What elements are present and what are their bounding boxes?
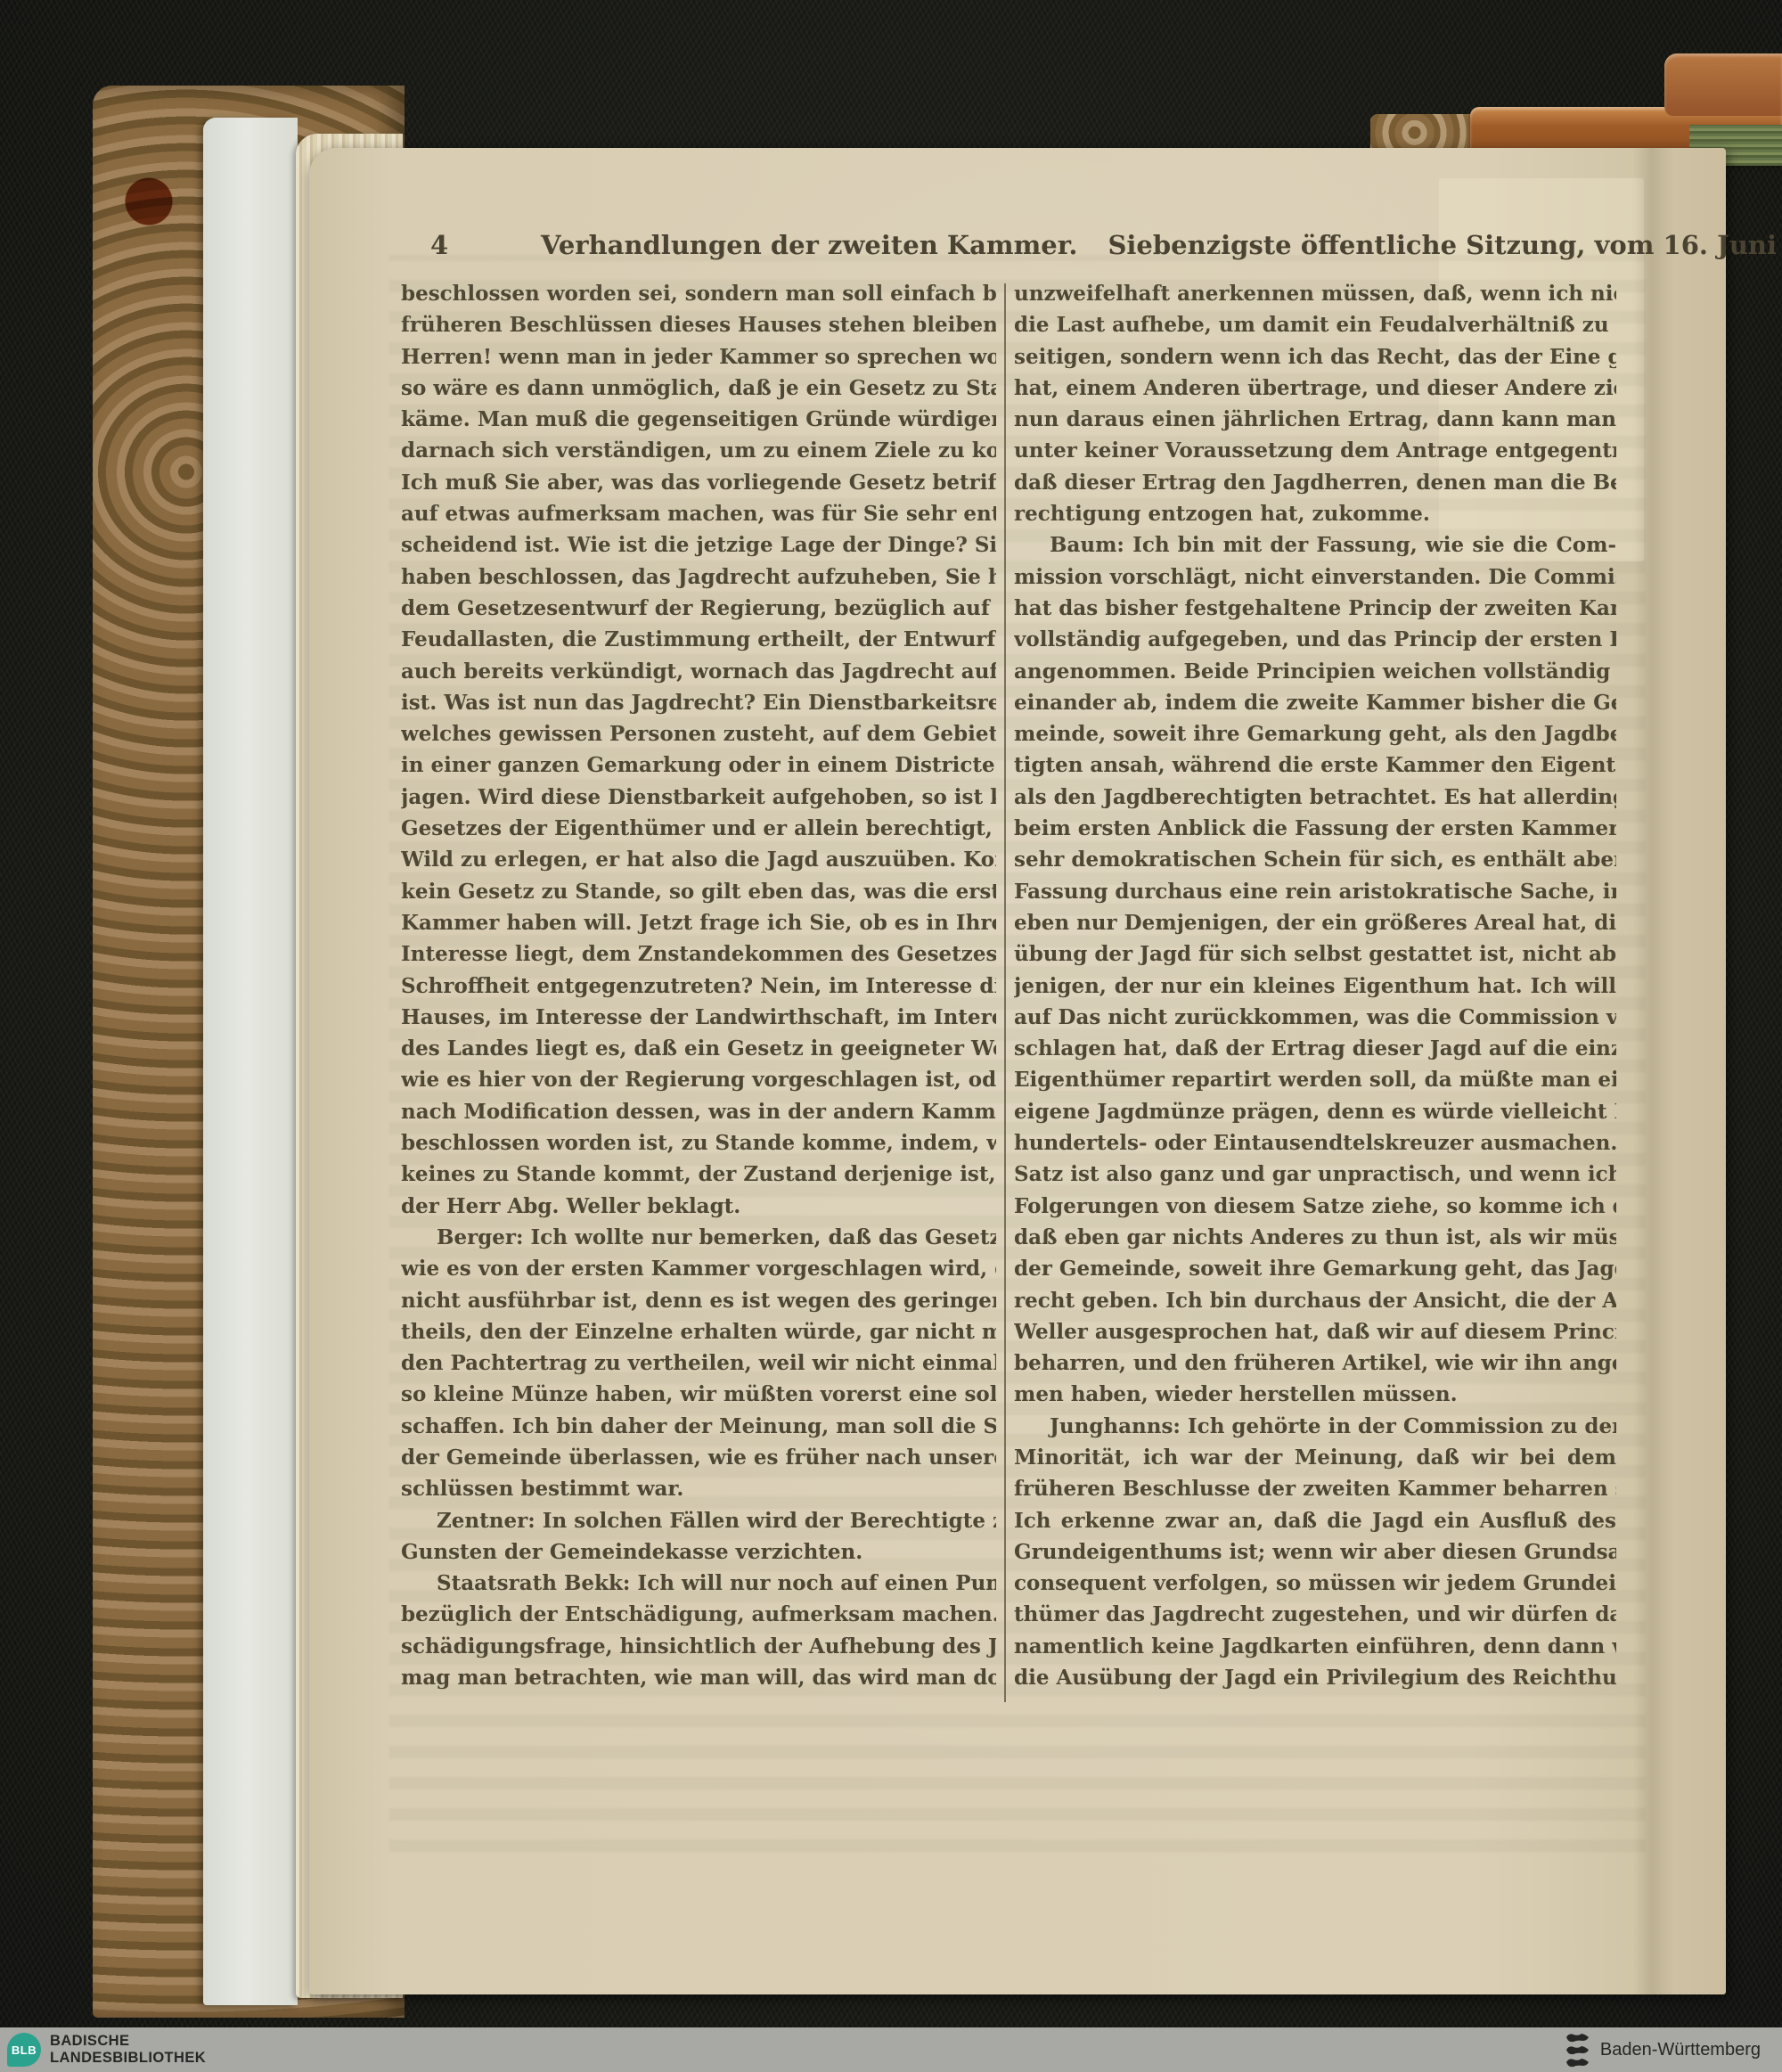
text-line: der Gemeinde überlassen, wie es früher n…	[401, 1442, 996, 1473]
text-line: den Pachtertrag zu vertheilen, weil wir …	[401, 1347, 996, 1379]
coat-of-arms-icon	[1565, 2030, 1591, 2069]
library-footer-bar: BLB BADISCHE LANDESBIBLIOTHEK Baden-Würt…	[0, 2027, 1782, 2072]
text-line: meinde, soweit ihre Gemarkung geht, als …	[1014, 718, 1616, 749]
text-line: daß eben gar nichts Anderes zu thun ist,…	[1014, 1222, 1616, 1253]
text-line: unter keiner Voraussetzung dem Antrage e…	[1014, 435, 1616, 466]
text-line: Ich muß Sie aber, was das vorliegende Ge…	[401, 467, 996, 498]
text-line: des Landes liegt es, daß ein Gesetz in g…	[401, 1033, 996, 1064]
blb-logo-icon: BLB	[7, 2033, 41, 2067]
text-line: käme. Man muß die gegenseitigen Gründe w…	[401, 404, 996, 435]
text-line: auch bereits verkündigt, wornach das Jag…	[401, 656, 996, 687]
text-line: Zentner: In solchen Fällen wird der Bere…	[401, 1505, 996, 1536]
text-line: sehr demokratischen Schein für sich, es …	[1014, 844, 1616, 875]
text-line: bezüglich der Entschädigung, aufmerksam …	[401, 1599, 996, 1630]
text-line: rechtigung entzogen hat, zukomme.	[1014, 498, 1616, 529]
running-title-session: Siebenzigste öffentliche Sitzung, vom 16…	[1108, 230, 1782, 260]
text-line: wie es hier von der Regierung vorgeschla…	[401, 1064, 996, 1095]
text-line: beschlossen worden ist, zu Stande komme,…	[401, 1127, 996, 1159]
text-column-left: beschlossen worden sei, sondern man soll…	[401, 278, 996, 1704]
text-line: welches gewissen Personen zusteht, auf d…	[401, 718, 996, 749]
text-line: darnach sich verständigen, um zu einem Z…	[401, 435, 996, 466]
library-name-line1: BADISCHE	[50, 2033, 206, 2050]
text-line: Eigenthümer repartirt werden soll, da mü…	[1014, 1064, 1616, 1095]
text-line: nun daraus einen jährlichen Ertrag, dann…	[1014, 404, 1616, 435]
text-line: keines zu Stande kommt, der Zustand derj…	[401, 1159, 996, 1190]
text-line: auf Das nicht zurückkommen, was die Comm…	[1014, 1002, 1616, 1033]
text-line: kein Gesetz zu Stande, so gilt eben das,…	[401, 876, 996, 907]
text-line: jagen. Wird diese Dienstbarkeit aufgehob…	[401, 782, 996, 813]
text-line: Baum: Ich bin mit der Fassung, wie sie d…	[1014, 529, 1616, 561]
text-line: ist. Was ist nun das Jagdrecht? Ein Dien…	[401, 687, 996, 718]
text-line: recht geben. Ich bin durchaus der Ansich…	[1014, 1285, 1616, 1316]
text-line: Satz ist also ganz und gar unpractisch, …	[1014, 1159, 1616, 1190]
running-title-work: Verhandlungen der zweiten Kammer.	[541, 230, 1077, 260]
text-line: schaffen. Ich bin daher der Meinung, man…	[401, 1411, 996, 1442]
text-line: Folgerungen von diesem Satze ziehe, so k…	[1014, 1191, 1616, 1222]
state-label: Baden-Württemberg	[1600, 2040, 1761, 2060]
text-line: consequent verfolgen, so müssen wir jede…	[1014, 1568, 1616, 1599]
text-line: daß dieser Ertrag den Jagdherren, denen …	[1014, 467, 1616, 498]
text-line: Kammer haben will. Jetzt frage ich Sie, …	[401, 907, 996, 938]
text-line: Herren! wenn man in jeder Kammer so spre…	[401, 341, 996, 373]
text-line: jenigen, der nur ein kleines Eigenthum h…	[1014, 970, 1616, 1002]
page-header: 4 Verhandlungen der zweiten Kammer.Siebe…	[398, 230, 1637, 269]
text-line: Grundeigenthums ist; wenn wir aber diese…	[1014, 1536, 1616, 1568]
text-line: schädigungsfrage, hinsichtlich der Aufhe…	[401, 1631, 996, 1662]
text-line: auf etwas aufmerksam machen, was für Sie…	[401, 498, 996, 529]
text-line: mag man betrachten, wie man will, das wi…	[401, 1662, 996, 1693]
text-line: beim ersten Anblick die Fassung der erst…	[1014, 813, 1616, 844]
text-line: Berger: Ich wollte nur bemerken, daß das…	[401, 1222, 996, 1253]
text-line: seitigen, sondern wenn ich das Recht, da…	[1014, 341, 1616, 373]
text-line: der Gemeinde, soweit ihre Gemarkung geht…	[1014, 1253, 1616, 1284]
text-line: Weller ausgesprochen hat, daß wir auf di…	[1014, 1316, 1616, 1347]
text-line: nach Modification dessen, was in der and…	[401, 1096, 996, 1127]
text-line: namentlich keine Jagdkarten einführen, d…	[1014, 1631, 1616, 1662]
running-title: Verhandlungen der zweiten Kammer.Siebenz…	[541, 230, 1637, 260]
text-line: Hauses, im Interesse der Landwirthschaft…	[401, 1002, 996, 1033]
library-name: BADISCHE LANDESBIBLIOTHEK	[50, 2033, 206, 2067]
text-line: Ich erkenne zwar an, daß die Jagd ein Au…	[1014, 1505, 1616, 1536]
text-line: schlüssen bestimmt war.	[401, 1473, 996, 1504]
leather-corner	[1664, 53, 1782, 116]
text-line: beschlossen worden sei, sondern man soll…	[401, 278, 996, 309]
text-line: scheidend ist. Wie ist die jetzige Lage …	[401, 529, 996, 561]
text-line: mission vorschlägt, nicht einverstanden.…	[1014, 561, 1616, 593]
text-line: Schroffheit entgegenzutreten? Nein, im I…	[401, 970, 996, 1002]
text-line: eben nur Demjenigen, der ein größeres Ar…	[1014, 907, 1616, 938]
text-line: so kleine Münze haben, wir müßten vorers…	[401, 1379, 996, 1410]
text-line: in einer ganzen Gemarkung oder in einem …	[401, 749, 996, 781]
text-line: haben beschlossen, das Jagdrecht aufzuhe…	[401, 561, 996, 593]
scanned-page: 4 Verhandlungen der zweiten Kammer.Siebe…	[309, 148, 1726, 1994]
text-line: Fassung durchaus eine rein aristokratisc…	[1014, 876, 1616, 907]
text-line: nicht ausführbar ist, denn es ist wegen …	[401, 1285, 996, 1316]
text-line: Minorität, ich war der Meinung, daß wir …	[1014, 1442, 1616, 1473]
text-line: hundertels- oder Eintausendtelskreuzer a…	[1014, 1127, 1616, 1159]
text-line: unzweifelhaft anerkennen müssen, daß, we…	[1014, 278, 1616, 309]
text-line: der Herr Abg. Weller beklagt.	[401, 1191, 996, 1222]
text-line: Interesse liegt, dem Znstandekommen des …	[401, 938, 996, 970]
text-line: früheren Beschlusse der zweiten Kammer b…	[1014, 1473, 1616, 1504]
text-line: Gesetzes der Eigenthümer und er allein b…	[401, 813, 996, 844]
text-line: Feudallasten, die Zustimmung ertheilt, d…	[401, 624, 996, 655]
text-line: hat das bisher festgehaltene Princip der…	[1014, 593, 1616, 624]
text-line: Gunsten der Gemeindekasse verzichten.	[401, 1536, 996, 1568]
text-line: thümer das Jagdrecht zugestehen, und wir…	[1014, 1599, 1616, 1630]
flyleaf-page-edge	[203, 118, 298, 2005]
text-line: beharren, und den früheren Artikel, wie …	[1014, 1347, 1616, 1379]
text-line: Junghanns: Ich gehörte in der Commission…	[1014, 1411, 1616, 1442]
text-line: früheren Beschlüssen dieses Hauses stehe…	[401, 309, 996, 340]
page-fold-shadow	[1633, 148, 1674, 1994]
text-line: vollständig aufgegeben, und das Princip …	[1014, 624, 1616, 655]
text-line: Staatsrath Bekk: Ich will nur noch auf e…	[401, 1568, 996, 1599]
right-page-edge	[1726, 148, 1782, 1994]
text-line: hat, einem Anderen übertrage, und dieser…	[1014, 373, 1616, 404]
text-line: so wäre es dann unmöglich, daß je ein Ge…	[401, 373, 996, 404]
text-line: einander ab, indem die zweite Kammer bis…	[1014, 687, 1616, 718]
text-line: eigene Jagdmünze prägen, denn es würde v…	[1014, 1096, 1616, 1127]
page-number: 4	[430, 230, 448, 260]
column-divider-rule	[1004, 283, 1006, 1702]
text-column-right: unzweifelhaft anerkennen müssen, daß, we…	[1014, 278, 1616, 1704]
text-line: Wild zu erlegen, er hat also die Jagd au…	[401, 844, 996, 875]
library-name-line2: LANDESBIBLIOTHEK	[50, 2050, 206, 2067]
text-line: tigten ansah, während die erste Kammer d…	[1014, 749, 1616, 781]
text-line: dem Gesetzesentwurf der Regierung, bezüg…	[401, 593, 996, 624]
state-branding: Baden-Württemberg	[1565, 2027, 1761, 2072]
text-line: wie es von der ersten Kammer vorgeschlag…	[401, 1253, 996, 1284]
text-line: die Ausübung der Jagd ein Privilegium de…	[1014, 1662, 1616, 1693]
text-line: schlagen hat, daß der Ertrag dieser Jagd…	[1014, 1033, 1616, 1064]
text-line: übung der Jagd für sich selbst gestattet…	[1014, 938, 1616, 970]
text-line: als den Jagdberechtigten betrachtet. Es …	[1014, 782, 1616, 813]
text-line: theils, den der Einzelne erhalten würde,…	[401, 1316, 996, 1347]
text-line: die Last aufhebe, um damit ein Feudalver…	[1014, 309, 1616, 340]
text-line: angenommen. Beide Principien weichen vol…	[1014, 656, 1616, 687]
text-line: men haben, wieder herstellen müssen.	[1014, 1379, 1616, 1410]
